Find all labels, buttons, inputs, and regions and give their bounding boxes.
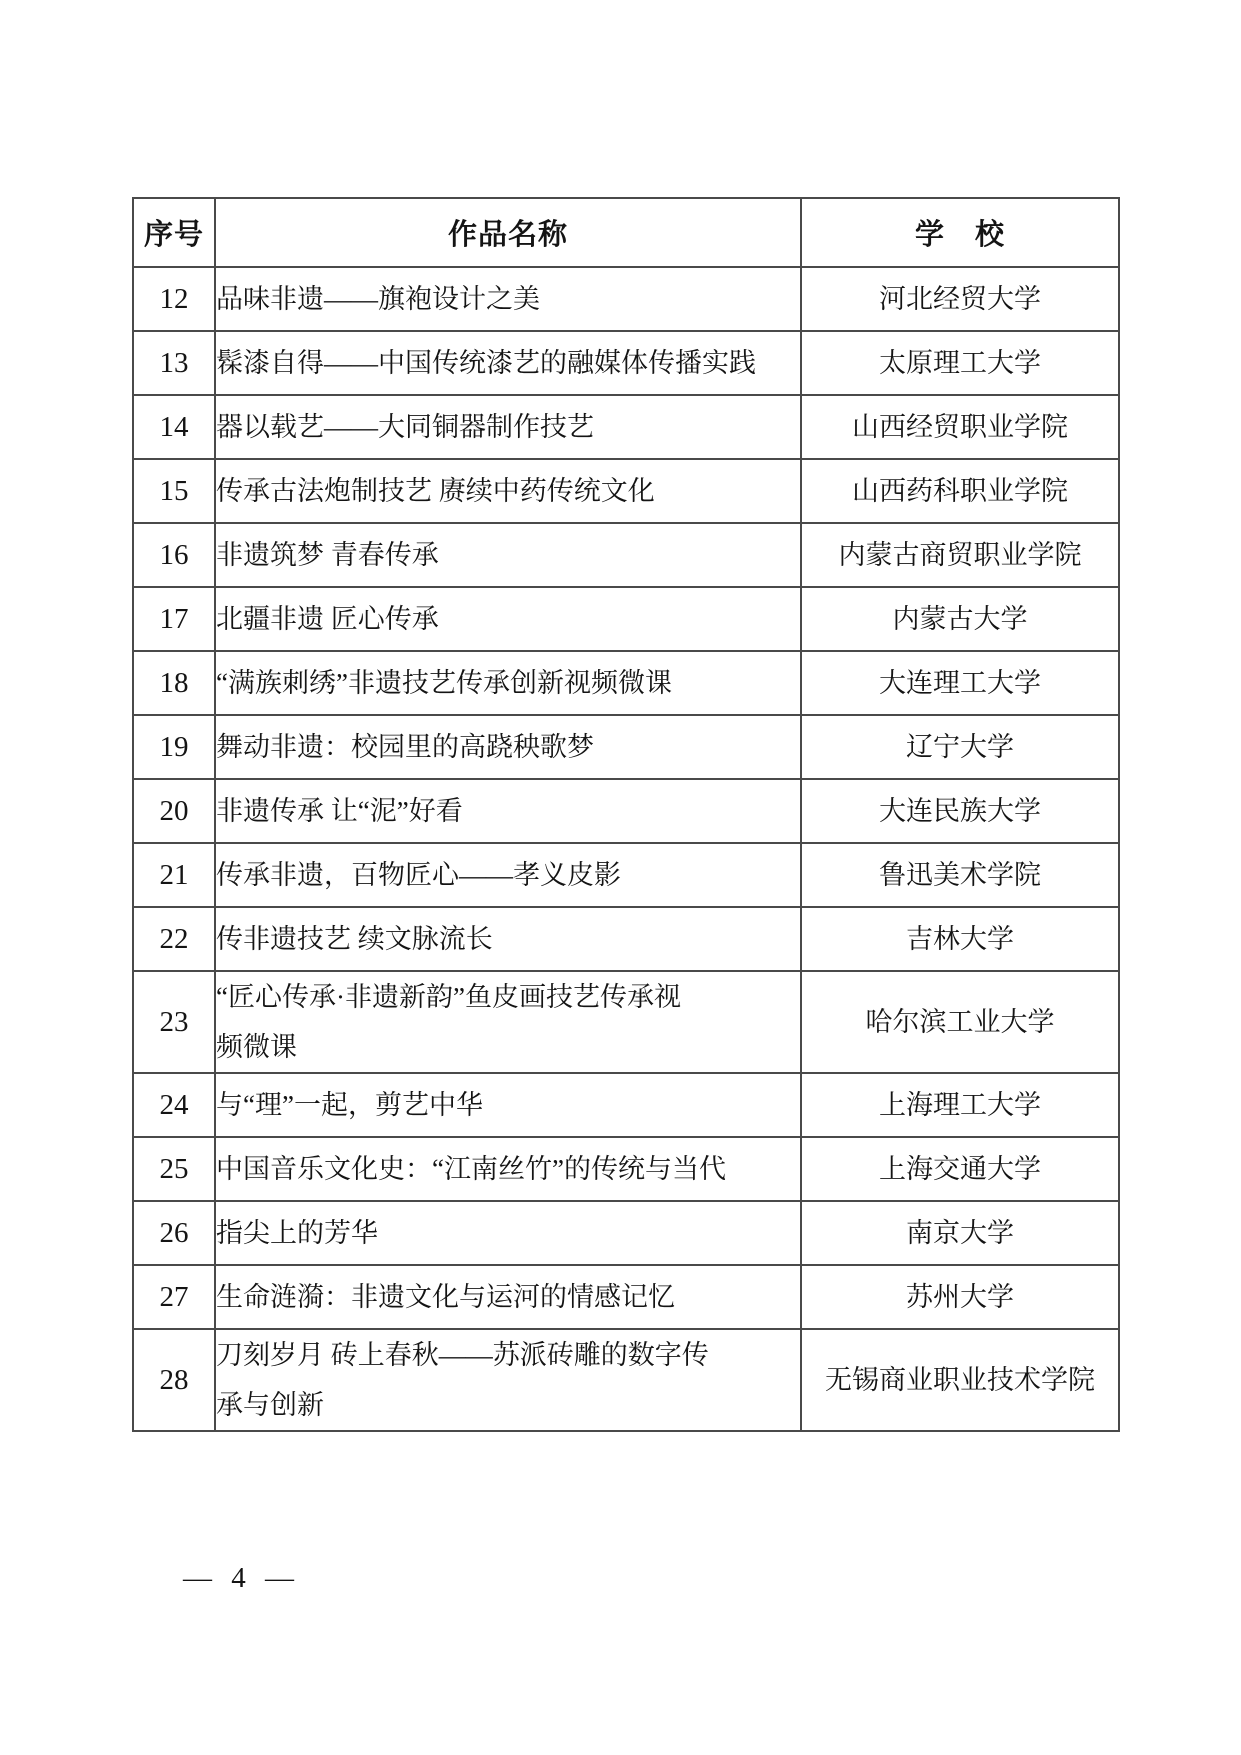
page-number: — 4 —: [183, 1562, 294, 1595]
table-row: 15传承古法炮制技艺 赓续中药传统文化山西药科职业学院: [133, 459, 1119, 523]
row-number-cell: 20: [133, 779, 215, 843]
work-title-cell: 中国音乐文化史：“江南丝竹”的传统与当代: [215, 1137, 801, 1201]
row-number-cell: 16: [133, 523, 215, 587]
table-row: 21传承非遗，百物匠心——孝义皮影鲁迅美术学院: [133, 843, 1119, 907]
table-row: 16非遗筑梦 青春传承内蒙古商贸职业学院: [133, 523, 1119, 587]
school-cell: 南京大学: [801, 1201, 1119, 1265]
row-number-cell: 26: [133, 1201, 215, 1265]
row-number-cell: 17: [133, 587, 215, 651]
work-title-cell: 指尖上的芳华: [215, 1201, 801, 1265]
document-page: 序号 作品名称 学 校 12品味非遗——旗袍设计之美河北经贸大学13髹漆自得——…: [0, 0, 1241, 1755]
table-row: 19舞动非遗：校园里的高跷秧歌梦辽宁大学: [133, 715, 1119, 779]
row-number-cell: 21: [133, 843, 215, 907]
header-row: 序号 作品名称 学 校: [133, 198, 1119, 267]
row-number-cell: 12: [133, 267, 215, 331]
col-header-school: 学 校: [801, 198, 1119, 267]
work-title-cell: 髹漆自得——中国传统漆艺的融媒体传播实践: [215, 331, 801, 395]
school-cell: 山西经贸职业学院: [801, 395, 1119, 459]
school-cell: 鲁迅美术学院: [801, 843, 1119, 907]
school-cell: 苏州大学: [801, 1265, 1119, 1329]
table-row: 20非遗传承 让“泥”好看大连民族大学: [133, 779, 1119, 843]
row-number-cell: 22: [133, 907, 215, 971]
row-number-cell: 15: [133, 459, 215, 523]
table-header: 序号 作品名称 学 校: [133, 198, 1119, 267]
work-title-cell: 传承非遗，百物匠心——孝义皮影: [215, 843, 801, 907]
work-title-cell: 北疆非遗 匠心传承: [215, 587, 801, 651]
table-row: 26指尖上的芳华南京大学: [133, 1201, 1119, 1265]
table-body: 12品味非遗——旗袍设计之美河北经贸大学13髹漆自得——中国传统漆艺的融媒体传播…: [133, 267, 1119, 1431]
school-cell: 辽宁大学: [801, 715, 1119, 779]
row-number-cell: 14: [133, 395, 215, 459]
work-title-cell: 品味非遗——旗袍设计之美: [215, 267, 801, 331]
table-row: 14器以载艺——大同铜器制作技艺山西经贸职业学院: [133, 395, 1119, 459]
work-title-cell: 舞动非遗：校园里的高跷秧歌梦: [215, 715, 801, 779]
school-cell: 内蒙古商贸职业学院: [801, 523, 1119, 587]
row-number-cell: 28: [133, 1329, 215, 1431]
table-row: 25中国音乐文化史：“江南丝竹”的传统与当代上海交通大学: [133, 1137, 1119, 1201]
row-number-cell: 18: [133, 651, 215, 715]
school-cell: 吉林大学: [801, 907, 1119, 971]
table-row: 18“满族刺绣”非遗技艺传承创新视频微课大连理工大学: [133, 651, 1119, 715]
school-cell: 内蒙古大学: [801, 587, 1119, 651]
row-number-cell: 24: [133, 1073, 215, 1137]
work-title-cell: “匠心传承·非遗新韵”鱼皮画技艺传承视 频微课: [215, 971, 801, 1073]
school-cell: 无锡商业职业技术学院: [801, 1329, 1119, 1431]
table-row: 24与“理”一起，剪艺中华上海理工大学: [133, 1073, 1119, 1137]
work-title-cell: 与“理”一起，剪艺中华: [215, 1073, 801, 1137]
table-row: 13髹漆自得——中国传统漆艺的融媒体传播实践太原理工大学: [133, 331, 1119, 395]
row-number-cell: 13: [133, 331, 215, 395]
table-row: 27生命涟漪：非遗文化与运河的情感记忆苏州大学: [133, 1265, 1119, 1329]
work-title-cell: 非遗筑梦 青春传承: [215, 523, 801, 587]
work-title-cell: 器以载艺——大同铜器制作技艺: [215, 395, 801, 459]
school-cell: 太原理工大学: [801, 331, 1119, 395]
work-title-cell: 非遗传承 让“泥”好看: [215, 779, 801, 843]
school-cell: 大连理工大学: [801, 651, 1119, 715]
work-title-cell: 传承古法炮制技艺 赓续中药传统文化: [215, 459, 801, 523]
work-title-cell: 刀刻岁月 砖上春秋——苏派砖雕的数字传 承与创新: [215, 1329, 801, 1431]
table-row: 12品味非遗——旗袍设计之美河北经贸大学: [133, 267, 1119, 331]
school-cell: 上海交通大学: [801, 1137, 1119, 1201]
row-number-cell: 19: [133, 715, 215, 779]
row-number-cell: 23: [133, 971, 215, 1073]
work-title-cell: 生命涟漪：非遗文化与运河的情感记忆: [215, 1265, 801, 1329]
school-cell: 山西药科职业学院: [801, 459, 1119, 523]
school-cell: 大连民族大学: [801, 779, 1119, 843]
row-number-cell: 27: [133, 1265, 215, 1329]
table-row: 17北疆非遗 匠心传承内蒙古大学: [133, 587, 1119, 651]
table-row: 22传非遗技艺 续文脉流长吉林大学: [133, 907, 1119, 971]
col-header-number: 序号: [133, 198, 215, 267]
school-cell: 河北经贸大学: [801, 267, 1119, 331]
awards-table: 序号 作品名称 学 校 12品味非遗——旗袍设计之美河北经贸大学13髹漆自得——…: [132, 197, 1120, 1432]
col-header-title: 作品名称: [215, 198, 801, 267]
work-title-cell: 传非遗技艺 续文脉流长: [215, 907, 801, 971]
school-cell: 上海理工大学: [801, 1073, 1119, 1137]
table-row: 23“匠心传承·非遗新韵”鱼皮画技艺传承视 频微课哈尔滨工业大学: [133, 971, 1119, 1073]
table-row: 28刀刻岁月 砖上春秋——苏派砖雕的数字传 承与创新无锡商业职业技术学院: [133, 1329, 1119, 1431]
row-number-cell: 25: [133, 1137, 215, 1201]
work-title-cell: “满族刺绣”非遗技艺传承创新视频微课: [215, 651, 801, 715]
school-cell: 哈尔滨工业大学: [801, 971, 1119, 1073]
